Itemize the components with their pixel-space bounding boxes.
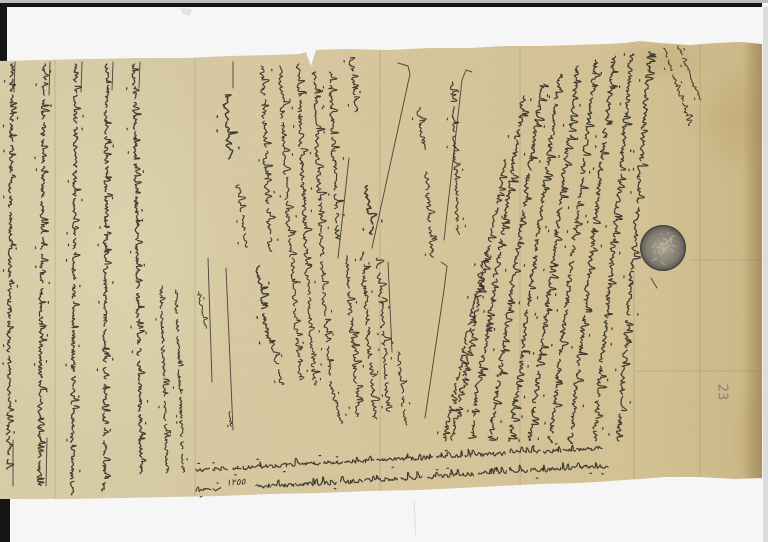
paper-right-edge-shadow: [742, 40, 763, 485]
pale-area: [0, 60, 250, 460]
scanner-top-edge: [0, 3, 762, 7]
pencil-page-number: 23: [715, 384, 730, 401]
scanner-right-band: [763, 7, 768, 542]
scanner-left-edge-bottom: [0, 497, 10, 542]
scanner-top-strip: [0, 0, 768, 3]
scanned-document: ١٢٥٥ 23: [0, 0, 768, 542]
hijri-date: ١٢٥٥: [226, 477, 247, 488]
scanner-left-edge-top: [0, 3, 7, 63]
seal-stamp-icon: [640, 225, 686, 271]
